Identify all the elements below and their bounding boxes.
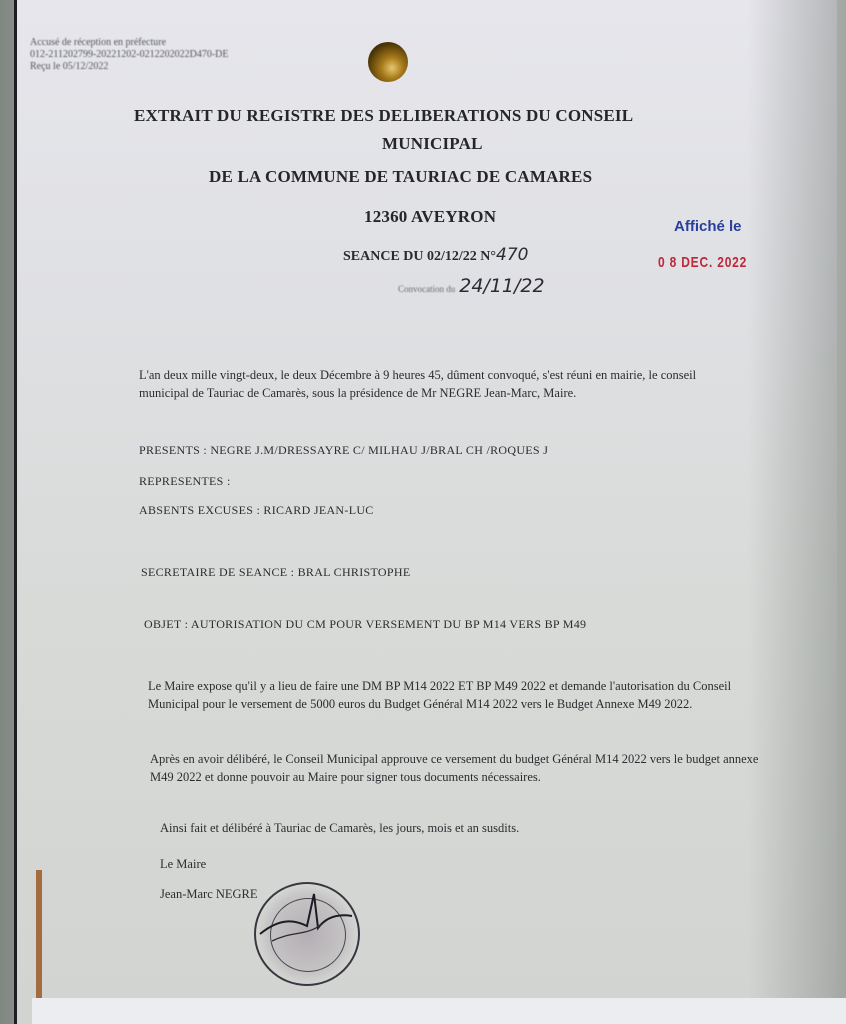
board-edge (36, 870, 42, 1000)
seance-line: SEANCE DU 02/12/22 N°470 (343, 245, 528, 265)
presents-line: PRESENTS : NEGRE J.M/DRESSAYRE C/ MILHAU… (139, 443, 548, 458)
seance-number: 470 (496, 245, 528, 265)
receipt-line-3: Reçu le 05/12/2022 (30, 61, 229, 73)
posted-stamp-date: 0 8 DEC. 2022 (658, 254, 747, 271)
convocation-line: Convocation du 24/11/22 (398, 275, 545, 297)
absents-line: ABSENTS EXCUSES : RICARD JEAN-LUC (139, 503, 374, 518)
exposition-paragraph: Le Maire expose qu'il y a lieu de faire … (148, 677, 758, 713)
underlying-sheet (32, 998, 846, 1024)
receipt-line-1: Accusé de réception en préfecture (30, 37, 229, 49)
secretaire-line: SECRETAIRE DE SEANCE : BRAL CHRISTOPHE (141, 565, 410, 580)
objet-line: OBJET : AUTORISATION DU CM POUR VERSEMEN… (144, 617, 586, 632)
decision-paragraph: Après en avoir délibéré, le Conseil Muni… (150, 750, 760, 786)
document-title-line-1: EXTRAIT DU REGISTRE DES DELIBERATIONS DU… (134, 106, 633, 126)
representes-line: REPRESENTES : (139, 474, 231, 489)
convocation-date: 24/11/22 (459, 275, 544, 297)
document-title-line-2: MUNICIPAL (382, 134, 483, 154)
closing-line: Ainsi fait et délibéré à Tauriac de Cama… (160, 819, 760, 837)
postcode-department: 12360 AVEYRON (364, 207, 496, 227)
seance-date: SEANCE DU 02/12/22 N° (343, 249, 496, 264)
receipt-line-2: 012-211202799-20221202-0212202022D470-DE (30, 49, 229, 61)
prefecture-receipt: Accusé de réception en préfecture 012-21… (30, 37, 229, 73)
convocation-label: Convocation du (398, 284, 455, 294)
posted-stamp-label: Affiché le (674, 218, 742, 235)
thumbtack-icon (368, 42, 408, 82)
commune-name: DE LA COMMUNE DE TAURIAC DE CAMARES (209, 167, 592, 187)
intro-paragraph: L'an deux mille vingt-deux, le deux Déce… (139, 366, 739, 402)
signatory-title: Le Maire (160, 855, 360, 873)
mayor-signature (252, 886, 362, 956)
